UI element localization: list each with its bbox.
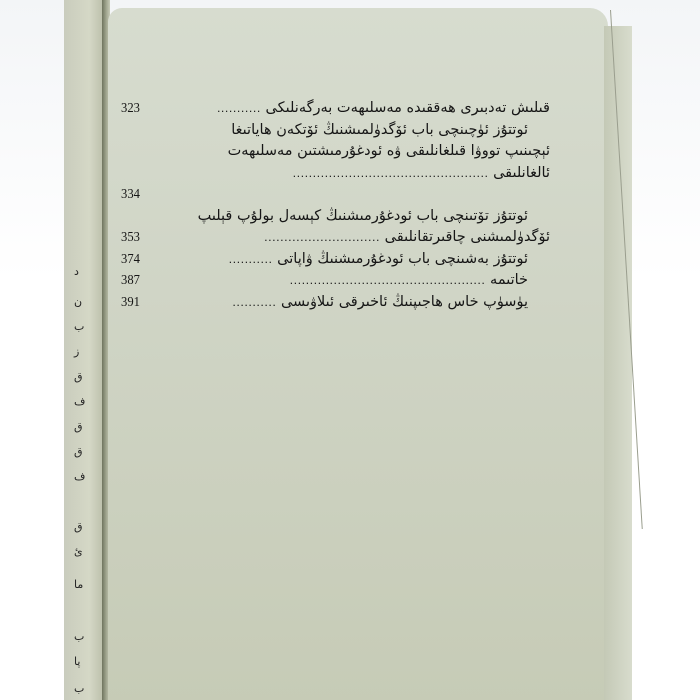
toc-entry-title: يۈسۈپ خاس ھاجىپنىڭ ئاخىرقى ئىلاۋىسى xyxy=(281,292,550,314)
toc-leader-dots: ........................................… xyxy=(293,163,489,185)
left-page-fragment: ما xyxy=(74,578,86,592)
toc-entry: ئوتتۇز بەشىنچى باب ئودغۇرمىشنىڭ ۋاپاتى .… xyxy=(120,249,550,271)
toc-entry-title: ئوتتۇز تۆتىنچى باب ئودغۇرمىشنىڭ كېسەل بو… xyxy=(198,206,550,228)
toc-entry-title: ئوتتۇز ئۈچىنچى باب ئۆگدۈلمىشنىڭ ئۆتكەن ھ… xyxy=(231,120,550,142)
toc-leader-dots: ........... xyxy=(232,292,276,314)
left-page-fragment: ق xyxy=(74,520,86,534)
toc-page-number: 391 xyxy=(121,292,140,314)
toc-leader-dots: ........... xyxy=(229,249,273,271)
toc-entry: ئوتتۇز تۆتىنچى باب ئودغۇرمىشنىڭ كېسەل بو… xyxy=(120,206,550,228)
left-page-fragment: ز xyxy=(74,345,86,359)
toc-entry-title: خاتىمە xyxy=(490,270,550,292)
toc-entry-continuation: ئالغانلىقى .............................… xyxy=(120,163,550,185)
toc-page-number: 374 xyxy=(121,249,140,271)
toc-entry: قىلىش تەدبىرى ھەققىدە مەسلىھەت بەرگەنلىك… xyxy=(120,98,550,120)
toc-entry-title: ئېچىنىپ تووۋا قىلغانلىقى ۋە ئودغۇرمىشتىن… xyxy=(228,141,550,163)
toc-leader-dots: ........... xyxy=(217,98,261,120)
left-page-fragment: ب xyxy=(74,682,86,696)
left-page-fragment: ق xyxy=(74,370,86,384)
toc-entry-title: ئۆگدۈلمىشنى چاقىرتقانلىقى xyxy=(385,227,550,249)
left-page-fragment: ق xyxy=(74,445,86,459)
table-of-contents: قىلىش تەدبىرى ھەققىدە مەسلىھەت بەرگەنلىك… xyxy=(120,98,550,313)
toc-entry: خاتىمە .................................… xyxy=(120,270,550,292)
left-page-fragment: ن xyxy=(74,295,86,309)
toc-page-number: 387 xyxy=(121,270,140,292)
left-page-edge: د ن ب ز ق ف ق ق ف ق ئ ما ب پا ب xyxy=(64,0,106,700)
toc-leader-dots: ............................. xyxy=(264,227,380,249)
left-page-fragment: ب xyxy=(74,320,86,334)
left-page-fragment: ئ xyxy=(74,545,86,559)
toc-entry-continuation: ئۆگدۈلمىشنى چاقىرتقانلىقى ..............… xyxy=(120,227,550,249)
left-page-fragment: ق xyxy=(74,420,86,434)
toc-entry-title: ئالغانلىقى xyxy=(493,163,550,185)
left-page-fragment: ف xyxy=(74,395,86,409)
left-page-fragment: ف xyxy=(74,470,86,484)
toc-spacer xyxy=(120,184,550,206)
left-page-fragment: پا xyxy=(74,655,86,669)
left-page-fragment: د xyxy=(74,265,86,279)
toc-entry-title: قىلىش تەدبىرى ھەققىدە مەسلىھەت بەرگەنلىك… xyxy=(266,98,550,120)
toc-page-number: 323 xyxy=(121,98,140,120)
toc-page-number: 353 xyxy=(121,227,140,249)
toc-entry-continuation: ئېچىنىپ تووۋا قىلغانلىقى ۋە ئودغۇرمىشتىن… xyxy=(120,141,550,163)
toc-entry: ئوتتۇز ئۈچىنچى باب ئۆگدۈلمىشنىڭ ئۆتكەن ھ… xyxy=(120,120,550,142)
toc-leader-dots: ........................................… xyxy=(290,270,486,292)
left-page-fragment: ب xyxy=(74,630,86,644)
toc-entry-title: ئوتتۇز بەشىنچى باب ئودغۇرمىشنىڭ ۋاپاتى xyxy=(277,249,550,271)
toc-entry: يۈسۈپ خاس ھاجىپنىڭ ئاخىرقى ئىلاۋىسى ....… xyxy=(120,292,550,314)
